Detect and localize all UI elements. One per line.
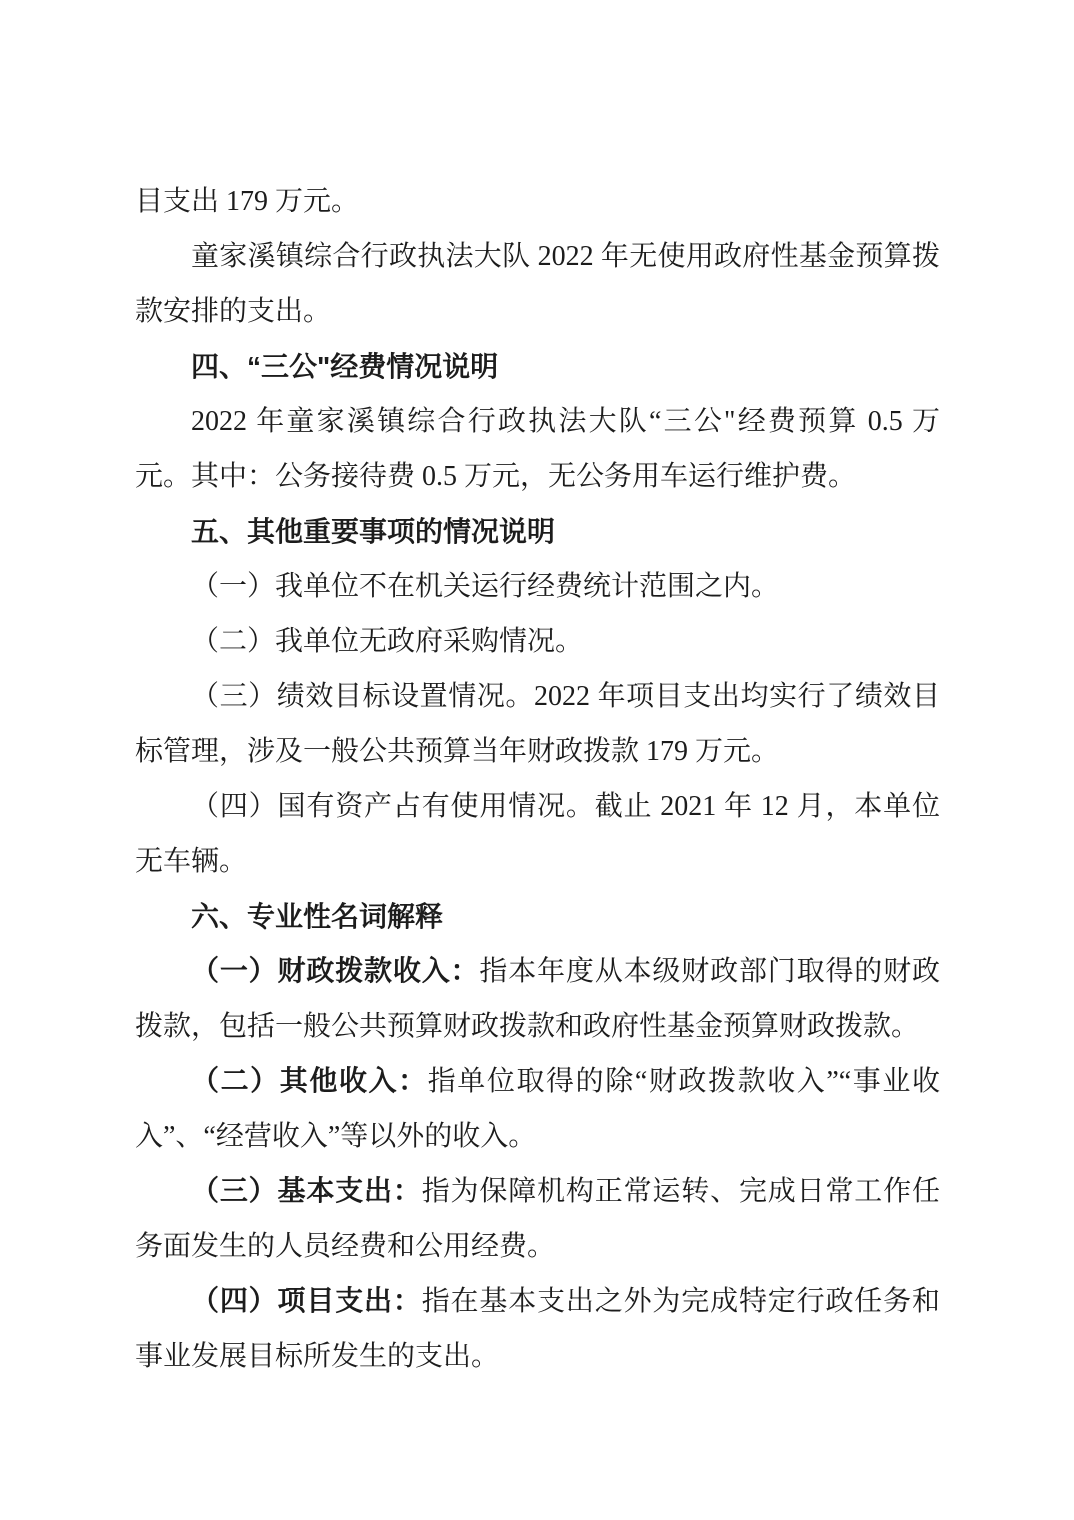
list-item-operating-expense-scope: （一）我单位不在机关运行经费统计范围之内。 <box>135 559 940 614</box>
list-item-government-procurement: （二）我单位无政府采购情况。 <box>135 614 940 669</box>
paragraph-government-fund: 童家溪镇综合行政执法大队 2022 年无使用政府性基金预算拨款安排的支出。 <box>135 229 940 339</box>
paragraph-continuation: 目支出 179 万元。 <box>135 174 940 229</box>
term-item-other-income: （二）其他收入：指单位取得的除“财政拨款收入”“事业收入”、“经营收入”等以外的… <box>135 1054 940 1164</box>
term-label: （三）基本支出： <box>191 1176 422 1207</box>
list-item-performance-targets: （三）绩效目标设置情况。2022 年项目支出均实行了绩效目标管理，涉及一般公共预… <box>135 669 940 779</box>
term-label: （二）其他收入： <box>191 1066 428 1097</box>
document-page: 目支出 179 万元。 童家溪镇综合行政执法大队 2022 年无使用政府性基金预… <box>0 0 1074 1520</box>
paragraph-three-public-funds: 2022 年童家溪镇综合行政执法大队“三公"经费预算 0.5 万元。其中：公务接… <box>135 394 940 504</box>
term-item-basic-expenditure: （三）基本支出：指为保障机构正常运转、完成日常工作任务面发生的人员经费和公用经费… <box>135 1164 940 1274</box>
list-item-state-owned-assets: （四）国有资产占有使用情况。截止 2021 年 12 月，本单位无车辆。 <box>135 779 940 889</box>
section-heading-other-important-matters: 五、其他重要事项的情况说明 <box>135 504 940 559</box>
section-heading-three-public-funds: 四、“三公"经费情况说明 <box>135 339 940 394</box>
section-heading-terminology: 六、专业性名词解释 <box>135 889 940 944</box>
document-content: 目支出 179 万元。 童家溪镇综合行政执法大队 2022 年无使用政府性基金预… <box>135 174 940 1384</box>
term-item-fiscal-appropriation-income: （一）财政拨款收入：指本年度从本级财政部门取得的财政拨款，包括一般公共预算财政拨… <box>135 944 940 1054</box>
term-item-project-expenditure: （四）项目支出：指在基本支出之外为完成特定行政任务和事业发展目标所发生的支出。 <box>135 1274 940 1384</box>
term-label: （四）项目支出： <box>191 1286 422 1317</box>
term-label: （一）财政拨款收入： <box>191 956 479 987</box>
